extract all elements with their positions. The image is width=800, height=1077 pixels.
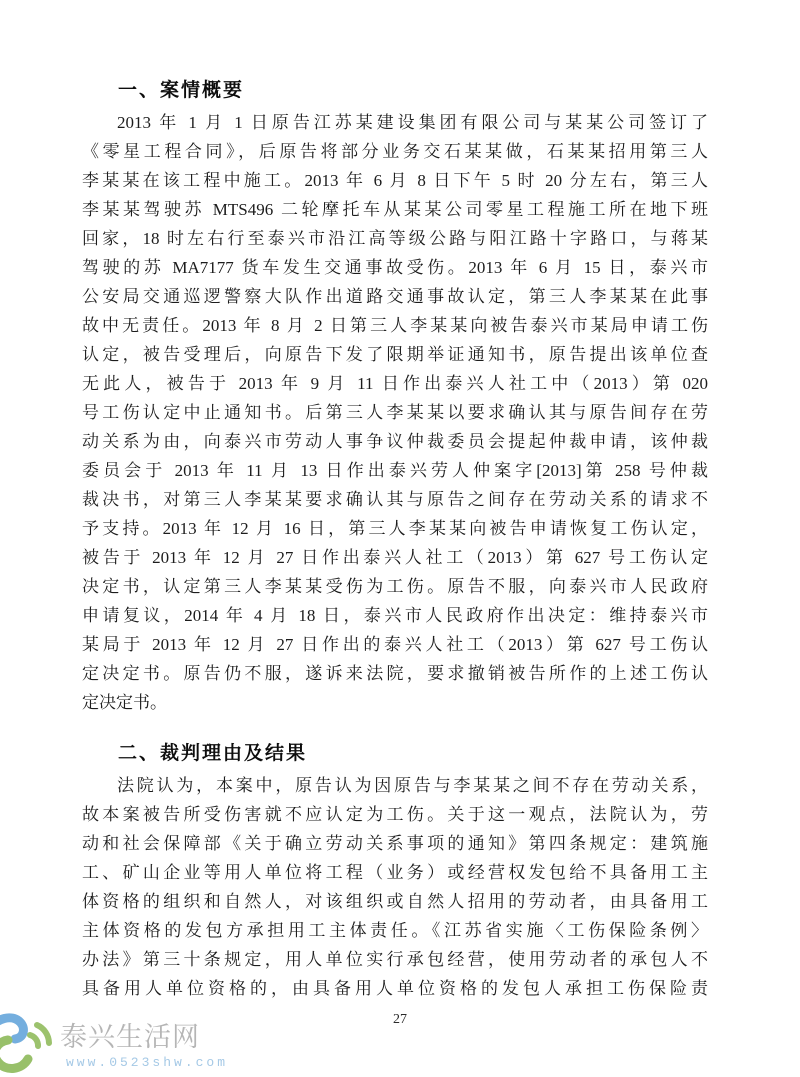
section-2-paragraph: 法院认为，本案中，原告认为因原告与李某某之间不存在劳动关系，故本案被告所受伤害就… — [82, 771, 708, 1003]
watermark-logo: 泰兴生活网 www.0523shw.com — [0, 1006, 228, 1077]
text-line: 某局于 2013 年 12 月 27 日作出的泰兴人社工（2013）第 627 … — [82, 630, 708, 659]
watermark-site-name: 泰兴生活网 — [60, 1022, 228, 1052]
text-line: 认定，被告受理后，向原告下发了限期举证通知书，原告提出该单位查 — [82, 340, 708, 369]
signal-swirl-logo-icon — [0, 1006, 60, 1077]
text-line: 2013 年 1 月 1 日原告江苏某建设集团有限公司与某某公司签订了 — [82, 108, 708, 137]
text-line: 回家，18 时左右行至泰兴市沿江高等级公路与阳江路十字路口，与蒋某 — [82, 224, 708, 253]
text-line: 故中无责任。2013 年 8 月 2 日第三人李某某向被告泰兴市某局申请工伤 — [82, 311, 708, 340]
text-line: 定决定书。 — [82, 688, 708, 717]
text-line: 动和社会保障部《关于确立劳动关系事项的通知》第四条规定：建筑施 — [82, 829, 708, 858]
text-line: 无此人，被告于 2013 年 9 月 11 日作出泰兴人社工中（2013）第 0… — [82, 369, 708, 398]
text-line: 委员会于 2013 年 11 月 13 日作出泰兴劳人仲案字[2013]第 25… — [82, 456, 708, 485]
text-line: 申请复议，2014 年 4 月 18 日，泰兴市人民政府作出决定：维持泰兴市 — [82, 601, 708, 630]
watermark-site-url: www.0523shw.com — [66, 1055, 228, 1070]
section-1-paragraph: 2013 年 1 月 1 日原告江苏某建设集团有限公司与某某公司签订了《零星工程… — [82, 108, 708, 717]
text-line: 工、矿山企业等用人单位将工程（业务）或经营权发包给不具备用工主 — [82, 858, 708, 887]
text-line: 决定书，认定第三人李某某受伤为工伤。原告不服，向泰兴市人民政府 — [82, 572, 708, 601]
document-content: 一、案情概要 2013 年 1 月 1 日原告江苏某建设集团有限公司与某某公司签… — [82, 76, 708, 1003]
section-1-heading: 一、案情概要 — [118, 76, 708, 106]
text-line: 李某某在该工程中施工。2013 年 6 月 8 日下午 5 时 20 分左右，第… — [82, 166, 708, 195]
text-line: 主体资格的发包方承担用工主体责任。《江苏省实施〈工伤保险条例〉 — [82, 916, 708, 945]
text-line: 李某某驾驶苏 MTS496 二轮摩托车从某某公司零星工程施工所在地下班 — [82, 195, 708, 224]
text-line: 具备用人单位资格的，由具备用人单位资格的发包人承担工伤保险责 — [82, 974, 708, 1003]
text-line: 定决定书。原告仍不服，遂诉来法院，要求撤销被告所作的上述工伤认 — [82, 659, 708, 688]
text-line: 驾驶的苏 MA7177 货车发生交通事故受伤。2013 年 6 月 15 日，泰… — [82, 253, 708, 282]
text-line: 故本案被告所受伤害就不应认定为工伤。关于这一观点，法院认为，劳 — [82, 800, 708, 829]
text-line: 被告于 2013 年 12 月 27 日作出泰兴人社工（2013）第 627 号… — [82, 543, 708, 572]
text-line: 公安局交通巡逻警察大队作出道路交通事故认定，第三人李某某在此事 — [82, 282, 708, 311]
text-line: 《零星工程合同》，后原告将部分业务交石某某做，石某某招用第三人 — [82, 137, 708, 166]
text-line: 体资格的组织和自然人，对该组织或自然人招用的劳动者，由具备用工 — [82, 887, 708, 916]
text-line: 动关系为由，向泰兴市劳动人事争议仲裁委员会提起仲裁申请，该仲裁 — [82, 427, 708, 456]
text-line: 裁决书，对第三人李某某要求确认其与原告之间存在劳动关系的请求不 — [82, 485, 708, 514]
document-page: 一、案情概要 2013 年 1 月 1 日原告江苏某建设集团有限公司与某某公司签… — [0, 0, 800, 1077]
text-line: 号工伤认定中止通知书。后第三人李某某以要求确认其与原告间存在劳 — [82, 398, 708, 427]
watermark-text: 泰兴生活网 www.0523shw.com — [60, 1022, 228, 1070]
text-line: 法院认为，本案中，原告认为因原告与李某某之间不存在劳动关系， — [82, 771, 708, 800]
section-2-heading: 二、裁判理由及结果 — [118, 739, 708, 769]
text-line: 予支持。2013 年 12 月 16 日，第三人李某某向被告申请恢复工伤认定， — [82, 514, 708, 543]
text-line: 办法》第三十条规定，用人单位实行承包经营，使用劳动者的承包人不 — [82, 945, 708, 974]
